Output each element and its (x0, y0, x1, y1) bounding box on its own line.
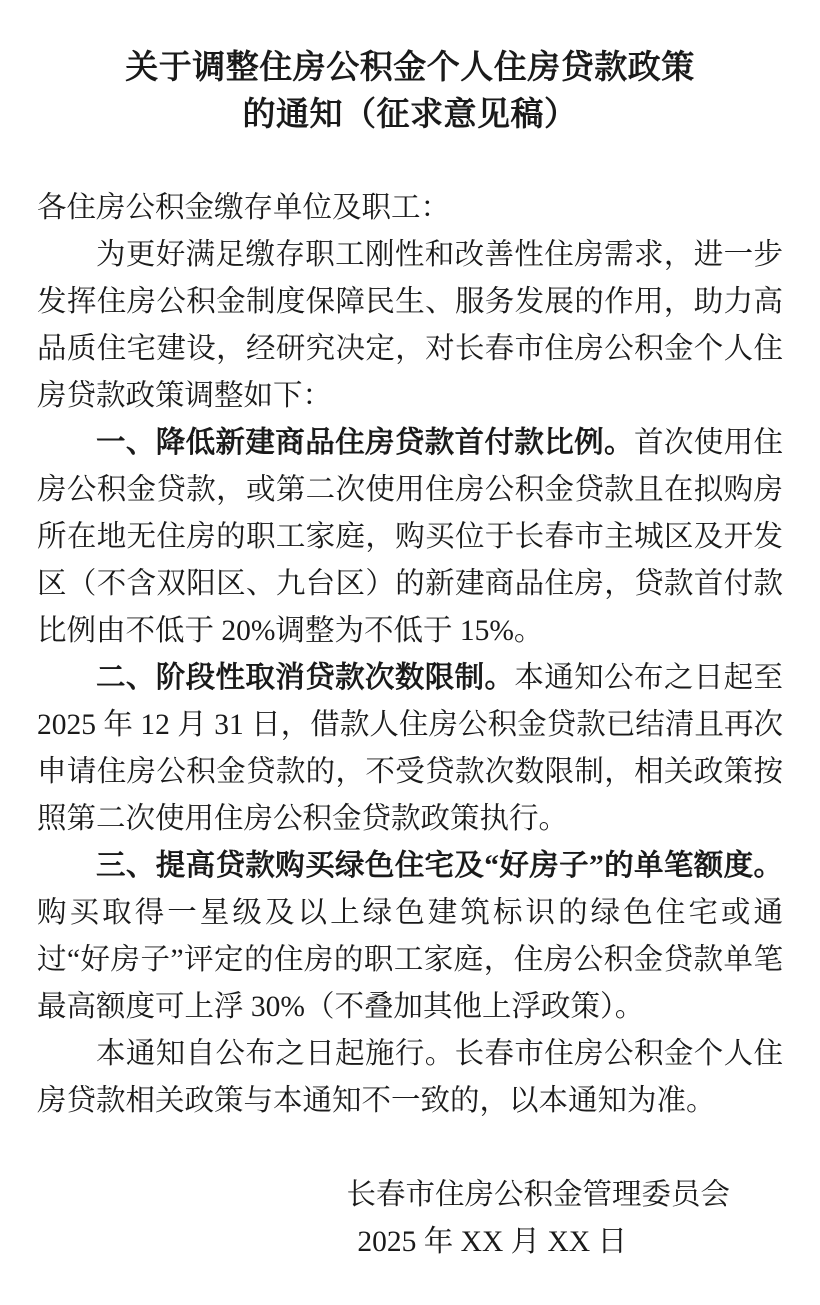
paragraph-item-1-text: 首次使用住房公积金贷款，或第二次使用住房公积金贷款且在拟购房所在地无住房的职工家… (37, 427, 783, 647)
paragraph-closing-text: 本通知自公布之日起施行。长春市住房公积金个人住房贷款相关政策与本通知不一致的，以… (37, 1038, 783, 1117)
document-body: 各住房公积金缴存单位及职工： 为更好满足缴存职工刚性和改善性住房需求，进一步发挥… (0, 185, 820, 1125)
salutation-line: 各住房公积金缴存单位及职工： (37, 185, 783, 232)
document-title-line2: 的通知（征求意见稿） (243, 97, 578, 133)
paragraph-item-3: 三、提高贷款购买绿色住宅及“好房子”的单笔额度。购买取得一星级及以上绿色建筑标识… (37, 843, 783, 1031)
paragraph-intro: 为更好满足缴存职工刚性和改善性住房需求，进一步发挥住房公积金制度保障民生、服务发… (37, 232, 783, 420)
paragraph-closing: 本通知自公布之日起施行。长春市住房公积金个人住房贷款相关政策与本通知不一致的，以… (37, 1031, 783, 1125)
paragraph-item-3-text: 购买取得一星级及以上绿色建筑标识的绿色住宅或通过“好房子”评定的住房的职工家庭，… (37, 897, 783, 1023)
paragraph-item-2-lead: 二、阶段性取消贷款次数限制。 (96, 662, 514, 694)
paragraph-item-3-lead: 三、提高贷款购买绿色住宅及“好房子”的单笔额度。 (96, 850, 783, 882)
document-title: 关于调整住房公积金个人住房贷款政策 的通知（征求意见稿） (0, 0, 820, 139)
issue-date: 2025 年 XX 月 XX 日 (0, 1219, 820, 1266)
paragraph-item-1-lead: 一、降低新建商品住房贷款首付款比例。 (96, 427, 634, 459)
notice-document-page: 关于调整住房公积金个人住房贷款政策 的通知（征求意见稿） 各住房公积金缴存单位及… (0, 0, 820, 1305)
document-title-line1: 关于调整住房公积金个人住房贷款政策 (125, 50, 695, 86)
paragraph-item-2: 二、阶段性取消贷款次数限制。本通知公布之日起至 2025 年 12 月 31 日… (37, 655, 783, 843)
signature-block: 长春市住房公积金管理委员会 2025 年 XX 月 XX 日 (0, 1172, 820, 1266)
issuing-authority: 长春市住房公积金管理委员会 (0, 1172, 820, 1219)
paragraph-item-1: 一、降低新建商品住房贷款首付款比例。首次使用住房公积金贷款，或第二次使用住房公积… (37, 420, 783, 655)
paragraph-intro-text: 为更好满足缴存职工刚性和改善性住房需求，进一步发挥住房公积金制度保障民生、服务发… (37, 239, 783, 412)
